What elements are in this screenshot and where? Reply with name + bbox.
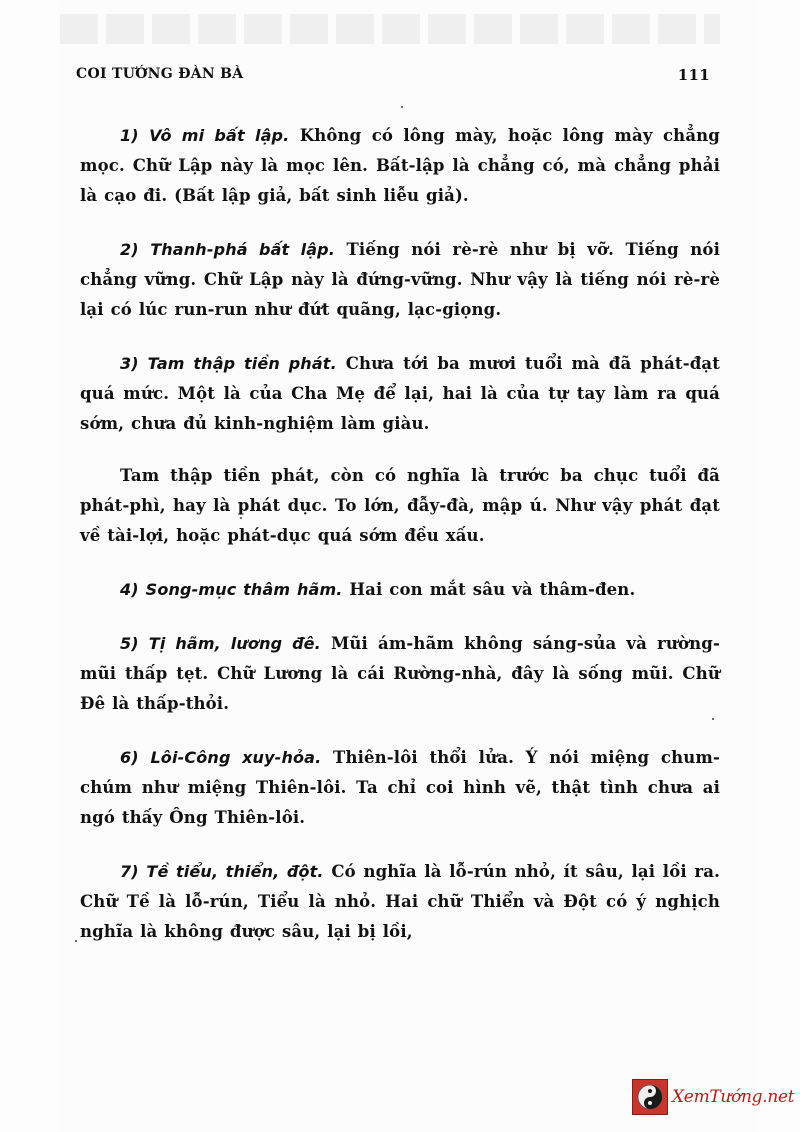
paragraph-number: 3) <box>120 354 139 373</box>
scan-speck <box>240 517 242 519</box>
paragraph-5: 5) Tị hãm, lương đê. Mũi ám-hãm không sá… <box>80 629 720 719</box>
paragraph-number: 7) <box>120 862 139 881</box>
book-title: COI TƯỚNG ĐÀN BÀ <box>76 66 243 84</box>
paragraph-term: Vô mi bất lập. <box>149 126 289 145</box>
paragraph-1: 1) Vô mi bất lập. Không có lông mày, hoặ… <box>80 121 720 211</box>
watermark-logo[interactable]: XemTướng.net <box>632 1079 794 1115</box>
paragraph-number: 4) <box>120 580 139 599</box>
paragraph-term: Lôi-Công xuy-hỏa. <box>150 748 321 767</box>
bleed-through-text <box>60 14 720 44</box>
paragraph-number: 2) <box>120 240 139 259</box>
paragraph-term: Song-mục thâm hãm. <box>146 580 343 599</box>
scan-speck <box>712 718 714 720</box>
watermark-text: XemTướng.net <box>672 1087 794 1107</box>
paragraph-term: Tị hãm, lương đê. <box>149 634 321 653</box>
paragraph-6: 6) Lôi-Công xuy-hỏa. Thiên-lôi thổi lửa.… <box>80 743 720 833</box>
paragraph-text: Tam thập tiền phát, còn có nghĩa là trướ… <box>80 466 720 545</box>
paragraph-number: 1) <box>120 126 139 145</box>
scan-speck <box>75 940 77 942</box>
paragraph-3-continued: Tam thập tiền phát, còn có nghĩa là trướ… <box>80 461 720 551</box>
paragraph-4: 4) Song-mục thâm hãm. Hai con mắt sâu và… <box>80 575 720 605</box>
scan-speck <box>401 106 403 108</box>
running-head: COI TƯỚNG ĐÀN BÀ 111 <box>76 66 716 84</box>
paragraph-term: Thanh-phá bất lập. <box>150 240 335 259</box>
yin-yang-icon <box>632 1079 668 1115</box>
paragraph-text: Hai con mắt sâu và thâm-đen. <box>349 580 635 599</box>
paragraph-7: 7) Tề tiểu, thiển, đột. Có nghĩa là lỗ-r… <box>80 857 720 947</box>
page-number: 111 <box>678 66 710 84</box>
page-body: 1) Vô mi bất lập. Không có lông mày, hoặ… <box>80 121 720 947</box>
paragraph-number: 6) <box>120 748 139 767</box>
paragraph-term: Tề tiểu, thiển, đột. <box>146 862 323 881</box>
paragraph-3: 3) Tam thập tiền phát. Chưa tới ba mươi … <box>80 349 720 439</box>
paragraph-term: Tam thập tiền phát. <box>148 354 337 373</box>
paragraph-2: 2) Thanh-phá bất lập. Tiếng nói rè-rè nh… <box>80 235 720 325</box>
paragraph-number: 5) <box>120 634 139 653</box>
